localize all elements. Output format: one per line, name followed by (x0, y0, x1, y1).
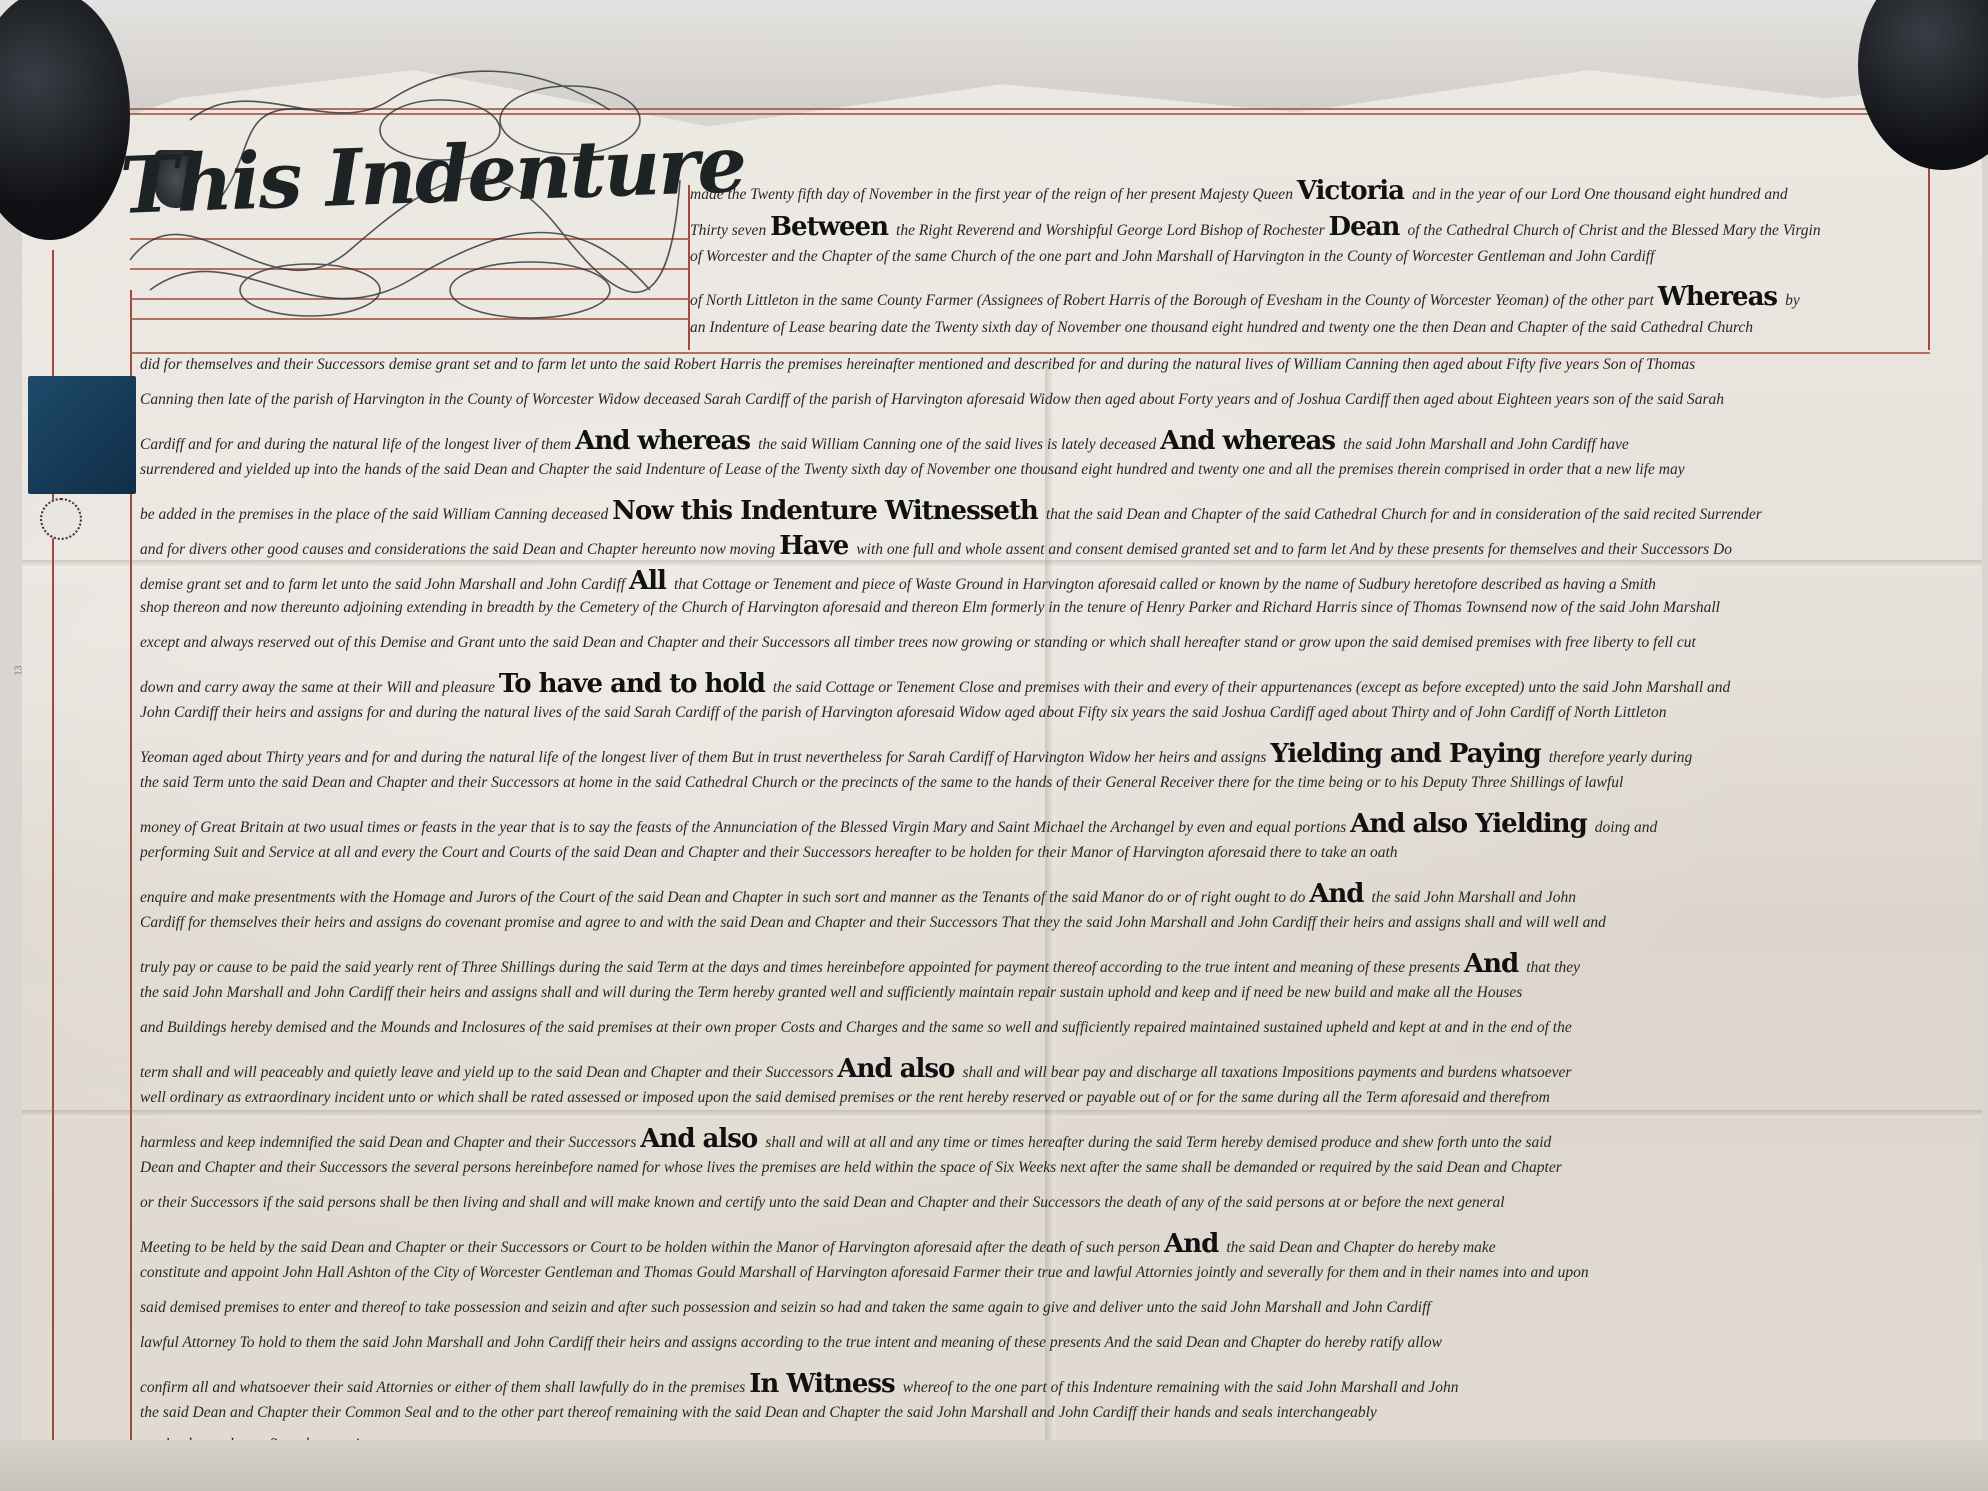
handwritten-text: Cardiff and for and during the natural l… (140, 436, 575, 453)
handwritten-text: doing and (1595, 819, 1657, 836)
engrossed-heading-word: Now this Indenture Witnesseth (612, 496, 1046, 526)
text-line: enquire and make presentments with the H… (140, 879, 1925, 909)
handwritten-text: down and carry away the same at their Wi… (140, 679, 499, 696)
handwritten-text: Meeting to be held by the said Dean and … (140, 1239, 1164, 1256)
text-line: truly pay or cause to be paid the said y… (140, 949, 1925, 979)
engrossed-heading-word: All (629, 566, 674, 596)
text-line: money of Great Britain at two usual time… (140, 809, 1925, 839)
handwritten-text: of North Littleton in the same County Fa… (690, 292, 1658, 309)
text-line: did for themselves and their Successors … (140, 356, 1925, 374)
text-line: of Worcester and the Chapter of the same… (690, 248, 1925, 266)
handwritten-text: with one full and whole assent and conse… (856, 541, 1732, 558)
handwritten-text: Canning then late of the parish of Harvi… (140, 391, 1724, 408)
text-line: harmless and keep indemnified the said D… (140, 1124, 1925, 1154)
handwritten-text: the said Dean and Chapter their Common S… (140, 1404, 1377, 1421)
embossed-stamp-icon (40, 498, 82, 540)
handwritten-text: Dean and Chapter and their Successors th… (140, 1159, 1562, 1176)
handwritten-text: Thirty seven (690, 222, 770, 239)
handwritten-text: the said John Marshall and John (1372, 889, 1577, 906)
handwritten-text: enquire and make presentments with the H… (140, 889, 1309, 906)
handwritten-text: except and always reserved out of this D… (140, 634, 1696, 651)
engrossed-heading-word: And also (640, 1124, 765, 1154)
text-line: shop thereon and now thereunto adjoining… (140, 599, 1925, 617)
text-line: Thirty seven Between the Right Reverend … (690, 212, 1925, 242)
engrossed-heading-word: And (1464, 949, 1526, 979)
handwritten-text: and Buildings hereby demised and the Mou… (140, 1019, 1572, 1036)
text-line: except and always reserved out of this D… (140, 634, 1925, 652)
handwritten-text: the said Cottage or Tenement Close and p… (773, 679, 1730, 696)
engrossed-heading-word: Yielding and Paying (1270, 739, 1548, 769)
handwritten-text: that they (1526, 959, 1580, 976)
handwritten-text: well ordinary as extraordinary incident … (140, 1089, 1550, 1106)
text-line: down and carry away the same at their Wi… (140, 669, 1925, 699)
handwritten-text: shall and will at all and any time or ti… (765, 1134, 1551, 1151)
text-line: said demised premises to enter and there… (140, 1299, 1925, 1317)
text-line: demise grant set and to farm let unto th… (140, 566, 1925, 596)
handwritten-text: the said John Marshall and John Cardiff … (140, 984, 1522, 1001)
handwritten-text: money of Great Britain at two usual time… (140, 819, 1350, 836)
text-line: the said Term unto the said Dean and Cha… (140, 774, 1925, 792)
text-line: well ordinary as extraordinary incident … (140, 1089, 1925, 1107)
handwritten-text: John Cardiff their heirs and assigns for… (140, 704, 1666, 721)
handwritten-text: lawful Attorney To hold to them the said… (140, 1334, 1442, 1351)
handwritten-text: of the Cathedral Church of Christ and th… (1407, 222, 1820, 239)
text-line: an Indenture of Lease bearing date the T… (690, 319, 1925, 337)
handwritten-text: that Cottage or Tenement and piece of Wa… (674, 576, 1656, 593)
bottom-edge (0, 1440, 1988, 1491)
engrossed-heading-word: Whereas (1658, 282, 1785, 312)
handwritten-text: performing Suit and Service at all and e… (140, 844, 1398, 861)
engrossed-heading-word: And whereas (1160, 426, 1343, 456)
handwritten-text: Yeoman aged about Thirty years and for a… (140, 749, 1270, 766)
text-line: the said John Marshall and John Cardiff … (140, 984, 1925, 1002)
text-line: and Buildings hereby demised and the Mou… (140, 1019, 1925, 1037)
handwritten-text: be added in the premises in the place of… (140, 506, 612, 523)
text-line: lawful Attorney To hold to them the said… (140, 1334, 1925, 1352)
text-line: of North Littleton in the same County Fa… (690, 282, 1925, 312)
handwritten-text: term shall and will peaceably and quietl… (140, 1064, 837, 1081)
handwritten-text: constitute and appoint John Hall Ashton … (140, 1264, 1589, 1281)
text-line: the said Dean and Chapter their Common S… (140, 1404, 1925, 1422)
handwritten-text: did for themselves and their Successors … (140, 356, 1695, 373)
handwritten-text: Cardiff for themselves their heirs and a… (140, 914, 1606, 931)
handwritten-text: confirm all and whatsoever their said At… (140, 1379, 749, 1396)
handwritten-text: or their Successors if the said persons … (140, 1194, 1505, 1211)
handwritten-text: and for divers other good causes and con… (140, 541, 779, 558)
engrossed-heading-word: Victoria (1297, 176, 1412, 206)
handwritten-text: whereof to the one part of this Indentur… (903, 1379, 1459, 1396)
handwritten-text: surrendered and yielded up into the hand… (140, 461, 1685, 478)
handwritten-text: truly pay or cause to be paid the said y… (140, 959, 1464, 976)
engrossed-heading-word: And (1164, 1229, 1226, 1259)
engrossed-heading-word: And also (837, 1054, 962, 1084)
handwritten-text: the said John Marshall and John Cardiff … (1343, 436, 1629, 453)
text-line: made the Twenty fifth day of November in… (690, 176, 1925, 206)
engrossed-heading-word: In Witness (749, 1369, 903, 1399)
engrossed-heading-word: Dean (1329, 212, 1408, 242)
handwritten-text: an Indenture of Lease bearing date the T… (690, 319, 1753, 336)
handwritten-text: of Worcester and the Chapter of the same… (690, 248, 1654, 265)
text-line: Yeoman aged about Thirty years and for a… (140, 739, 1925, 769)
text-line: or their Successors if the said persons … (140, 1194, 1925, 1212)
fold-crease (22, 1110, 1982, 1118)
handwritten-text: the said William Canning one of the said… (758, 436, 1160, 453)
handwritten-text: therefore yearly during (1549, 749, 1692, 766)
text-line: and for divers other good causes and con… (140, 531, 1925, 561)
handwritten-text: that the said Dean and Chapter of the sa… (1046, 506, 1762, 523)
handwritten-text: demise grant set and to farm let unto th… (140, 576, 629, 593)
text-line: Cardiff and for and during the natural l… (140, 426, 1925, 456)
text-line: Canning then late of the parish of Harvi… (140, 391, 1925, 409)
text-line: term shall and will peaceably and quietl… (140, 1054, 1925, 1084)
engrossed-heading-word: Between (770, 212, 896, 242)
handwritten-text: by (1785, 292, 1800, 309)
blue-duty-stamp (28, 376, 136, 494)
text-line: confirm all and whatsoever their said At… (140, 1369, 1925, 1399)
handwritten-text: the said Term unto the said Dean and Cha… (140, 774, 1623, 791)
engrossed-heading-word: Have (779, 531, 856, 561)
handwritten-text: shall and will bear pay and discharge al… (962, 1064, 1571, 1081)
engrossed-heading-word: And (1309, 879, 1371, 909)
text-line: constitute and appoint John Hall Ashton … (140, 1264, 1925, 1282)
handwritten-text: said demised premises to enter and there… (140, 1299, 1431, 1316)
text-line: John Cardiff their heirs and assigns for… (140, 704, 1925, 722)
text-line: surrendered and yielded up into the hand… (140, 461, 1925, 479)
text-line: Meeting to be held by the said Dean and … (140, 1229, 1925, 1259)
text-line: Cardiff for themselves their heirs and a… (140, 914, 1925, 932)
handwritten-text: the said Dean and Chapter do hereby make (1226, 1239, 1495, 1256)
title-box-rule (130, 352, 1930, 354)
engrossed-heading-word: And also Yielding (1350, 809, 1595, 839)
text-line: performing Suit and Service at all and e… (140, 844, 1925, 862)
margin-note: 13 (14, 666, 25, 676)
text-line: Dean and Chapter and their Successors th… (140, 1159, 1925, 1177)
engrossed-heading-word: And whereas (575, 426, 758, 456)
text-line: be added in the premises in the place of… (140, 496, 1925, 526)
engrossed-heading-word: To have and to hold (499, 669, 773, 699)
handwritten-text: made the Twenty fifth day of November in… (690, 186, 1297, 203)
handwritten-text: shop thereon and now thereunto adjoining… (140, 599, 1720, 616)
handwritten-text: and in the year of our Lord One thousand… (1412, 186, 1788, 203)
handwritten-text: harmless and keep indemnified the said D… (140, 1134, 640, 1151)
handwritten-text: the Right Reverend and Worshipful George… (896, 222, 1329, 239)
